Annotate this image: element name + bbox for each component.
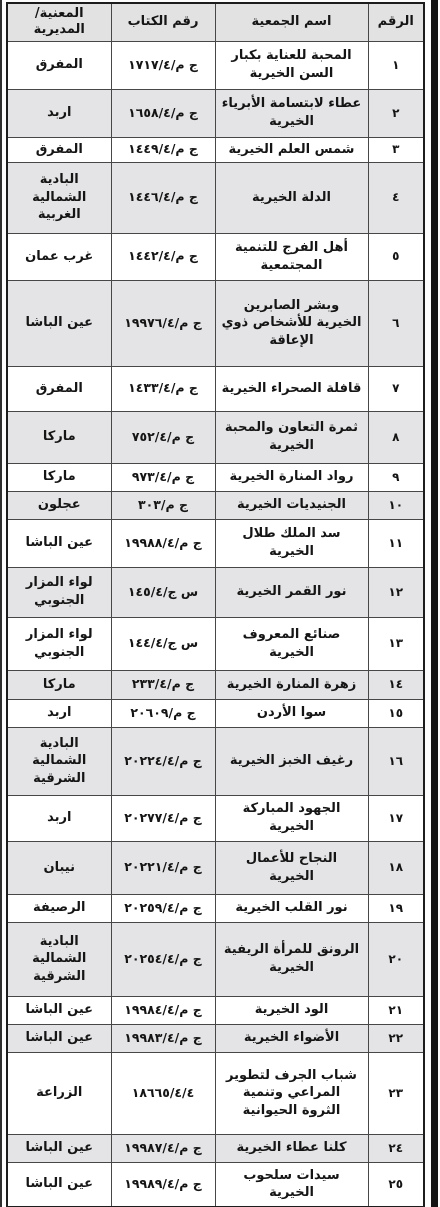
book-number-cell: ج م/١٩٩٧٦/٤: [111, 280, 215, 366]
book-number-cell: ج م/٢٣٣/٤: [111, 670, 215, 699]
association-name-cell: نور القلب الخيرية: [215, 894, 368, 922]
table-row: ١٠ الجنيديات الخيرية ج م/٣٠٣ عجلون: [7, 491, 424, 519]
header-row-number: الرقم: [368, 3, 424, 41]
association-name-cell: شمس العلم الخيرية: [215, 137, 368, 162]
association-name-cell: الجهود المباركة الخيرية: [215, 795, 368, 841]
association-name-cell: النجاح للأعمال الخيرية: [215, 841, 368, 894]
book-number-cell: ج م/٩٧٣/٤: [111, 463, 215, 491]
book-number-cell: ج م/١٩٩٨٣/٤: [111, 1024, 215, 1052]
association-name-cell: وبشر الصابرين الخيرية للأشخاص ذوي الإعاق…: [215, 280, 368, 366]
book-number-cell: ج م/١٩٩٨٨/٤: [111, 519, 215, 567]
association-name-cell: سد الملك طلال الخيرية: [215, 519, 368, 567]
book-number-cell: ج م/١٦٥٨/٤: [111, 89, 215, 137]
association-name-cell: زهرة المنارة الخيرية: [215, 670, 368, 699]
association-name-cell: ثمرة التعاون والمحبة الخيرية: [215, 411, 368, 463]
directorate-cell: الزراعة: [7, 1052, 111, 1134]
directorate-cell: عين الباشا: [7, 519, 111, 567]
table-row: ٢٠ الرونق للمرأة الريفية الخيرية ج م/٢٠٢…: [7, 922, 424, 996]
associations-table: الرقم اسم الجمعية رقم الكتاب المعنية/ ال…: [6, 2, 425, 1207]
header-book-number: رقم الكتاب: [111, 3, 215, 41]
table-row: ١٤ زهرة المنارة الخيرية ج م/٢٣٣/٤ ماركا: [7, 670, 424, 699]
row-number-cell: ٢١: [368, 996, 424, 1024]
table-row: ٥ أهل الفرج للتنمية المجتمعية ج م/١٤٤٢/٤…: [7, 233, 424, 280]
directorate-cell: لواء المزار الجنوبي: [7, 617, 111, 670]
row-number-cell: ١١: [368, 519, 424, 567]
directorate-cell: ماركا: [7, 670, 111, 699]
directorate-cell: اربد: [7, 89, 111, 137]
association-name-cell: الود الخيرية: [215, 996, 368, 1024]
book-number-cell: ج م/٢٠٢٥٤/٤: [111, 922, 215, 996]
association-name-cell: الدلة الخيرية: [215, 162, 368, 233]
table-row: ٣ شمس العلم الخيرية ج م/١٤٤٩/٤ المفرق: [7, 137, 424, 162]
directorate-cell: ماركا: [7, 463, 111, 491]
book-number-cell: ج م/١٤٣٣/٤: [111, 366, 215, 411]
book-number-cell: ج م/٧٥٢/٤: [111, 411, 215, 463]
table-row: ١٥ سوا الأردن ج م/٢٠٦٠٩ اربد: [7, 699, 424, 727]
directorate-cell: البادية الشمالية الغربية: [7, 162, 111, 233]
table-row: ٢١ الود الخيرية ج م/١٩٩٨٤/٤ عين الباشا: [7, 996, 424, 1024]
directorate-cell: البادية الشمالية الشرقية: [7, 922, 111, 996]
table-row: ١ المحبة للعناية بكبار السن الخيرية ج م/…: [7, 41, 424, 89]
row-number-cell: ٨: [368, 411, 424, 463]
table-row: ١٢ نور القمر الخيرية س ج/١٤٥/٤ لواء المز…: [7, 567, 424, 617]
row-number-cell: ٢٤: [368, 1134, 424, 1162]
row-number-cell: ٢: [368, 89, 424, 137]
directorate-cell: المفرق: [7, 137, 111, 162]
table-row: ٤ الدلة الخيرية ج م/١٤٤٦/٤ البادية الشما…: [7, 162, 424, 233]
table-row: ٢٣ شباب الجرف لتطوير المراعي وتنمية الثر…: [7, 1052, 424, 1134]
directorate-cell: المفرق: [7, 366, 111, 411]
book-number-cell: ج م/١٧١٧/٤: [111, 41, 215, 89]
row-number-cell: ١٥: [368, 699, 424, 727]
row-number-cell: ٣: [368, 137, 424, 162]
association-name-cell: شباب الجرف لتطوير المراعي وتنمية الثروة …: [215, 1052, 368, 1134]
row-number-cell: ٦: [368, 280, 424, 366]
book-number-cell: ج م/٢٠٢٢١/٤: [111, 841, 215, 894]
book-number-cell: ج م/٢٠٢٢٤/٤: [111, 727, 215, 795]
table-row: ١٦ رغيف الخبز الخيرية ج م/٢٠٢٢٤/٤ البادي…: [7, 727, 424, 795]
directorate-cell: ماركا: [7, 411, 111, 463]
table-row: ٦ وبشر الصابرين الخيرية للأشخاص ذوي الإع…: [7, 280, 424, 366]
row-number-cell: ١٨: [368, 841, 424, 894]
book-number-cell: ج م/٢٠٦٠٩: [111, 699, 215, 727]
association-name-cell: الأضواء الخيرية: [215, 1024, 368, 1052]
table-row: ٢٤ كلنا عطاء الخيرية ج م/١٩٩٨٧/٤ عين الب…: [7, 1134, 424, 1162]
row-number-cell: ١٠: [368, 491, 424, 519]
directorate-cell: عين الباشا: [7, 280, 111, 366]
row-number-cell: ٤: [368, 162, 424, 233]
association-name-cell: أهل الفرج للتنمية المجتمعية: [215, 233, 368, 280]
association-name-cell: نور القمر الخيرية: [215, 567, 368, 617]
table-row: ٢٥ سيدات سلحوب الخيرية ج م/١٩٩٨٩/٤ عين ا…: [7, 1162, 424, 1207]
book-number-cell: ج م/٢٠٢٧٧/٤: [111, 795, 215, 841]
directorate-cell: المفرق: [7, 41, 111, 89]
association-name-cell: الرونق للمرأة الريفية الخيرية: [215, 922, 368, 996]
association-name-cell: رغيف الخبز الخيرية: [215, 727, 368, 795]
book-number-cell: ج م/١٤٤٢/٤: [111, 233, 215, 280]
directorate-cell: لواء المزار الجنوبي: [7, 567, 111, 617]
row-number-cell: ٥: [368, 233, 424, 280]
row-number-cell: ١٣: [368, 617, 424, 670]
row-number-cell: ٧: [368, 366, 424, 411]
row-number-cell: ١٦: [368, 727, 424, 795]
table-row: ٩ رواد المنارة الخيرية ج م/٩٧٣/٤ ماركا: [7, 463, 424, 491]
table-row: ١٨ النجاح للأعمال الخيرية ج م/٢٠٢٢١/٤ ني…: [7, 841, 424, 894]
book-number-cell: ج م/١٩٩٨٤/٤: [111, 996, 215, 1024]
association-name-cell: عطاء لابتسامة الأبرياء الخيرية: [215, 89, 368, 137]
directorate-cell: عين الباشا: [7, 1162, 111, 1207]
table-header-row: الرقم اسم الجمعية رقم الكتاب المعنية/ ال…: [7, 3, 424, 41]
association-name-cell: كلنا عطاء الخيرية: [215, 1134, 368, 1162]
association-name-cell: سيدات سلحوب الخيرية: [215, 1162, 368, 1207]
directorate-cell: الرصيفة: [7, 894, 111, 922]
directorate-cell: اربد: [7, 699, 111, 727]
row-number-cell: ١٤: [368, 670, 424, 699]
association-name-cell: المحبة للعناية بكبار السن الخيرية: [215, 41, 368, 89]
row-number-cell: ٢٠: [368, 922, 424, 996]
directorate-cell: البادية الشمالية الشرقية: [7, 727, 111, 795]
association-name-cell: رواد المنارة الخيرية: [215, 463, 368, 491]
table-row: ٧ قافلة الصحراء الخيرية ج م/١٤٣٣/٤ المفر…: [7, 366, 424, 411]
book-number-cell: ج م/١٩٩٨٩/٤: [111, 1162, 215, 1207]
table-row: ١٩ نور القلب الخيرية ج م/٢٠٢٥٩/٤ الرصيفة: [7, 894, 424, 922]
row-number-cell: ٢٢: [368, 1024, 424, 1052]
row-number-cell: ١: [368, 41, 424, 89]
directorate-cell: عين الباشا: [7, 996, 111, 1024]
book-number-cell: ج م/١٩٩٨٧/٤: [111, 1134, 215, 1162]
scanned-document-page: الرقم اسم الجمعية رقم الكتاب المعنية/ ال…: [0, 0, 440, 1207]
book-number-cell: س ج/١٤٥/٤: [111, 567, 215, 617]
row-number-cell: ٢٣: [368, 1052, 424, 1134]
directorate-cell: اربد: [7, 795, 111, 841]
directorate-cell: عين الباشا: [7, 1134, 111, 1162]
directorate-cell: غرب عمان: [7, 233, 111, 280]
table-row: ١٧ الجهود المباركة الخيرية ج م/٢٠٢٧٧/٤ ا…: [7, 795, 424, 841]
page-edge-bar-right: [431, 0, 438, 1207]
association-name-cell: الجنيديات الخيرية: [215, 491, 368, 519]
table-row: ٢٢ الأضواء الخيرية ج م/١٩٩٨٣/٤ عين الباش…: [7, 1024, 424, 1052]
book-number-cell: س ج/١٤٤/٤: [111, 617, 215, 670]
directorate-cell: عين الباشا: [7, 1024, 111, 1052]
book-number-cell: ج م/١٤٤٦/٤: [111, 162, 215, 233]
table-row: ٨ ثمرة التعاون والمحبة الخيرية ج م/٧٥٢/٤…: [7, 411, 424, 463]
row-number-cell: ٩: [368, 463, 424, 491]
table-row: ١٣ صنائع المعروف الخيرية س ج/١٤٤/٤ لواء …: [7, 617, 424, 670]
row-number-cell: ١٢: [368, 567, 424, 617]
book-number-cell: ج م/١٤٤٩/٤: [111, 137, 215, 162]
book-number-cell: ١٨٦٦٥/٤/٤: [111, 1052, 215, 1134]
table-row: ٢ عطاء لابتسامة الأبرياء الخيرية ج م/١٦٥…: [7, 89, 424, 137]
page-edge-line-left: [0, 0, 2, 1207]
directorate-cell: عجلون: [7, 491, 111, 519]
row-number-cell: ١٧: [368, 795, 424, 841]
row-number-cell: ١٩: [368, 894, 424, 922]
book-number-cell: ج م/٢٠٢٥٩/٤: [111, 894, 215, 922]
table-row: ١١ سد الملك طلال الخيرية ج م/١٩٩٨٨/٤ عين…: [7, 519, 424, 567]
association-name-cell: سوا الأردن: [215, 699, 368, 727]
row-number-cell: ٢٥: [368, 1162, 424, 1207]
header-association-name: اسم الجمعية: [215, 3, 368, 41]
directorate-cell: نيبان: [7, 841, 111, 894]
header-directorate: المعنية/ المديرية: [7, 3, 111, 41]
association-name-cell: صنائع المعروف الخيرية: [215, 617, 368, 670]
book-number-cell: ج م/٣٠٣: [111, 491, 215, 519]
association-name-cell: قافلة الصحراء الخيرية: [215, 366, 368, 411]
